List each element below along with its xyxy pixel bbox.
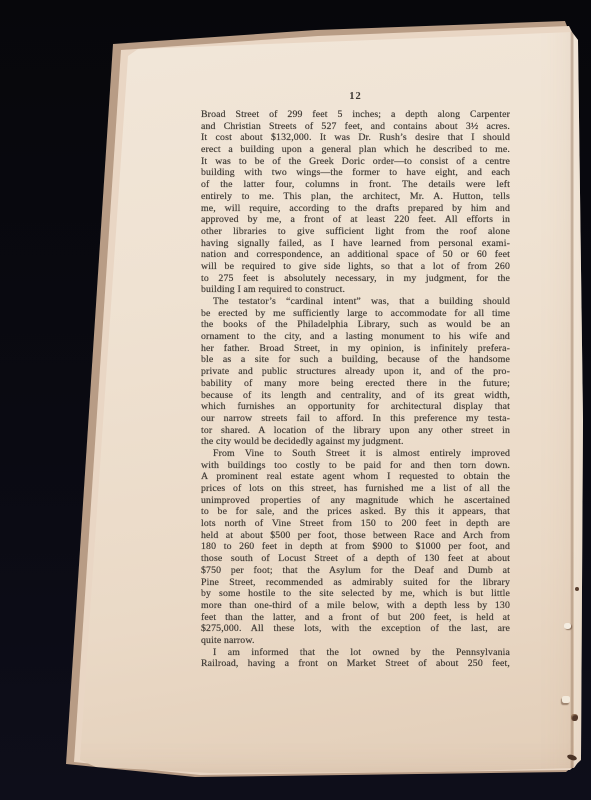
text-line: building with two wings—the former to ha… [201,167,510,179]
binding-edge-strip [574,33,584,767]
text-line: those south of Locust Street of a depth … [201,553,510,565]
text-line: prices of lots on this street, has furni… [201,483,510,495]
text-line: lots north of Vine Street from 150 to 20… [201,518,510,530]
text-line: other libraries to give sufficient light… [201,226,510,238]
text-line: her father. Broad Street, in my opinion,… [201,343,510,355]
text-line: $275,000. All these lots, with the excep… [201,623,510,635]
text-line: nation and correspondence, an additional… [201,249,510,261]
text-line: and Christian Streets of 527 feet, and c… [201,121,510,133]
text-line: tor shared. A location of the library up… [201,425,510,437]
text-line: ble as a site for such a building, becau… [201,354,510,366]
text-line: feet than the latter, and a front of but… [201,612,510,624]
text-line: entirely to me. This plan, the architect… [201,191,510,203]
text-line: held at about $500 per foot, those betwe… [201,530,510,542]
text-line: A prominent real estate agent whom I req… [201,471,510,483]
text-line: Railroad, having a front on Market Stree… [201,658,510,670]
text-line: Broad Street of 299 feet 5 inches; a dep… [201,109,510,121]
paper-bump [564,623,571,629]
text-line: which furnishes an opportunity for archi… [201,401,510,413]
text-line: It cost about $132,000. It was Dr. Rush’… [201,132,510,144]
stain-speck [575,587,579,591]
text-line: From Vine to South Street it is almost e… [201,448,510,460]
text-line: erect a building upon a general plan whi… [201,144,510,156]
page-number: 12 [201,91,510,102]
text-line: because of its length and centrality, an… [201,390,510,402]
binding-crease [570,32,574,768]
text-line: by some hostile to the site selected by … [201,588,510,600]
text-line: our narrow streets fail to afford. In th… [201,413,510,425]
text-line: approved by me, a front of at least 220 … [201,214,510,226]
stain-speck [571,714,578,721]
paper-bump [562,696,570,703]
text-line: of the latter four, columns in front. Th… [201,179,510,191]
text-line: having signally failed, as I have learne… [201,238,510,250]
text-line: $750 per foot; that the Asylum for the D… [201,565,510,577]
photo-background: 12 Broad Street of 299 feet 5 inches; a … [0,0,591,800]
text-line: The testator’s “cardinal intent” was, th… [201,296,510,308]
text-line: be erected by me sufficiently large to a… [201,308,510,320]
text-line: 180 to 260 feet in depth at from $900 to… [201,541,510,553]
book-page: 12 Broad Street of 299 feet 5 inches; a … [0,0,591,800]
text-line: quite narrow. [201,635,510,647]
stain-speck [137,36,140,39]
text-line: Pine Street, recommended as admirably su… [201,577,510,589]
text-line: will be required to give side lights, so… [201,261,510,273]
text-line: the books of the Philadelphia Library, s… [201,319,510,331]
text-line: I am informed that the lot owned by the … [201,647,510,659]
text-line: more than one-third of a mile below, wit… [201,600,510,612]
text-line: to be for sale, and the prices asked. By… [201,506,510,518]
text-line: ornament to the city, and a lasting monu… [201,331,510,343]
body-text: Broad Street of 299 feet 5 inches; a dep… [201,109,510,670]
text-line: with buildings too costly to be paid for… [201,460,510,472]
text-line: It was to be of the Greek Doric order—to… [201,156,510,168]
text-line: unimproved properties of any magnitude w… [201,495,510,507]
text-line: the city would be decidedly against my j… [201,436,510,448]
text-line: bability of many more being erected ther… [201,378,510,390]
text-line: to 275 feet is absolutely necessary, in … [201,273,510,285]
text-line: building I am required to construct. [201,284,510,296]
text-line: private and public structures already up… [201,366,510,378]
text-line: me, will require, according to the draft… [201,203,510,215]
